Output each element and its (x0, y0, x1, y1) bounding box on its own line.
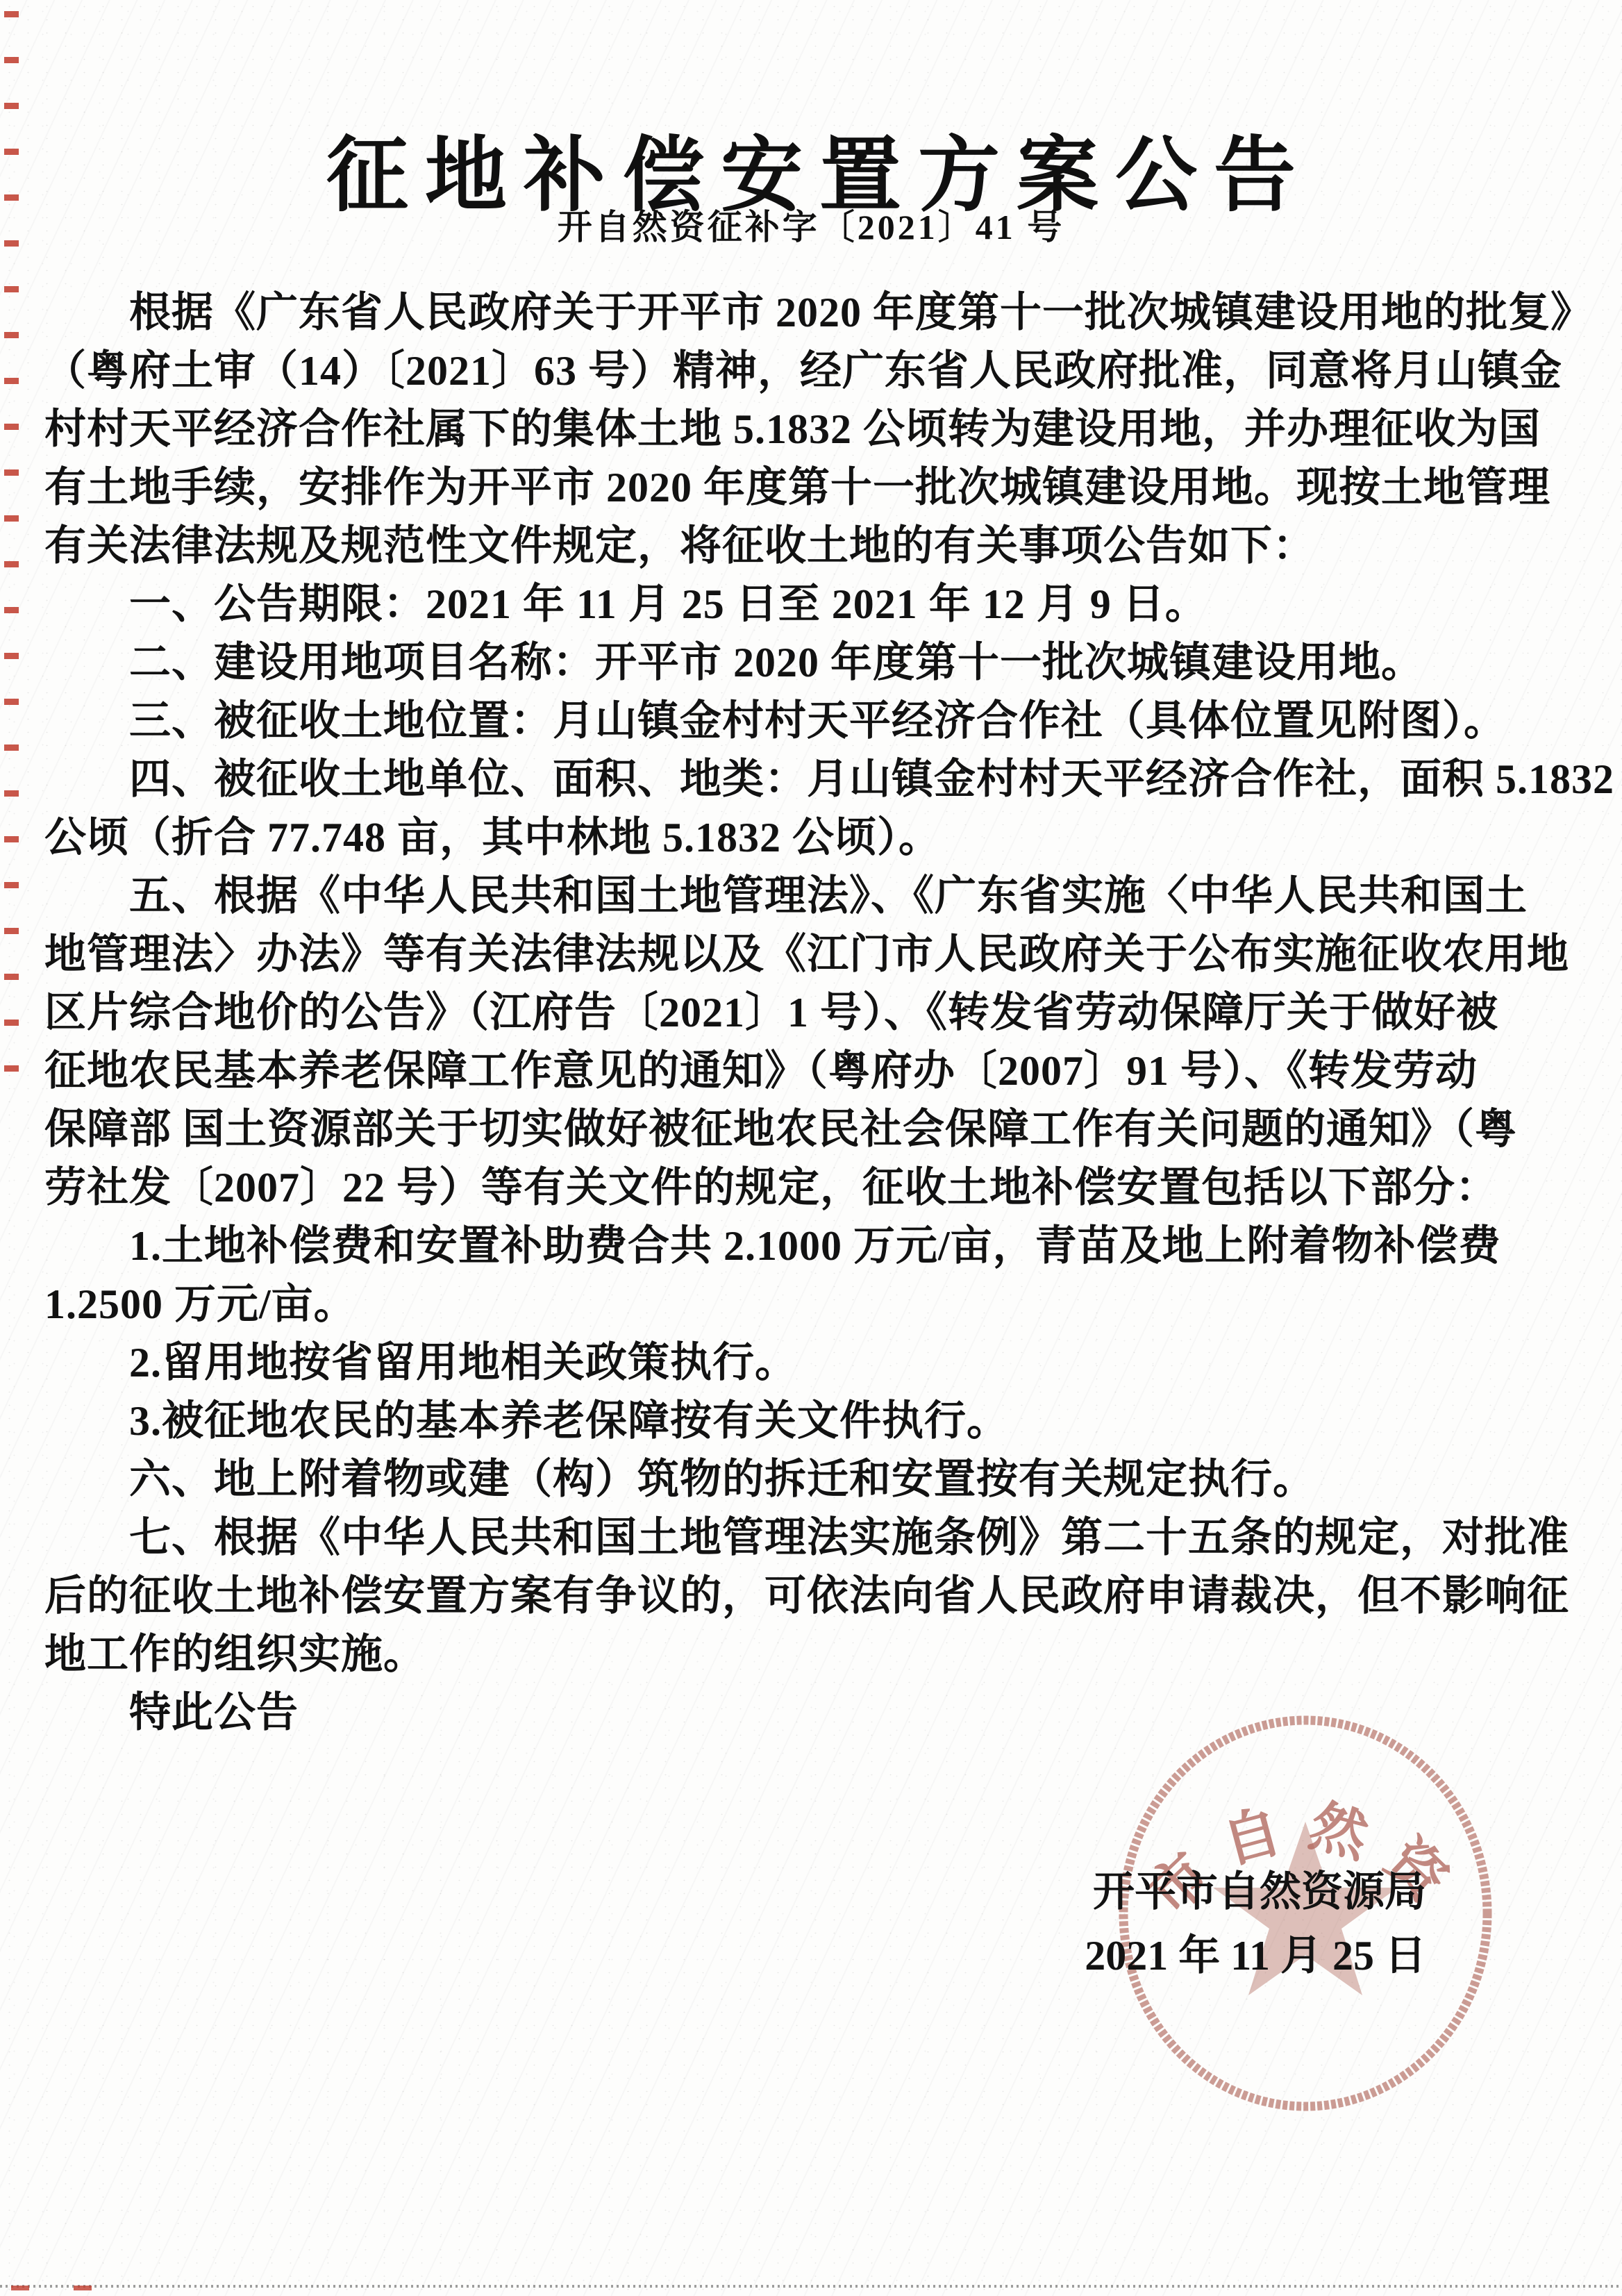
signature-date: 2021 年 11 月 25 日 (1085, 1931, 1426, 1981)
body-line: 三、被征收土地位置：月山镇金村村天平经济合作社（具体位置见附图）。 (44, 692, 1578, 750)
body-line: 七、根据《中华人民共和国土地管理法实施条例》第二十五条的规定，对批准 (44, 1508, 1578, 1567)
body-line: 区片综合地价的公告》（江府告〔2021〕1 号）、《转发省劳动保障厅关于做好被 (44, 983, 1578, 1042)
body-line: 五、根据《中华人民共和国土地管理法》、《广东省实施〈中华人民共和国土 (44, 867, 1578, 925)
body-line: 二、建设用地项目名称：开平市 2020 年度第十一批次城镇建设用地。 (44, 633, 1578, 692)
bottom-edge-dotted-line (0, 2285, 1622, 2288)
body-line: 村村天平经济合作社属下的集体土地 5.1832 公顷转为建设用地，并办理征收为国 (44, 400, 1578, 458)
bottom-edge-red-marks (11, 2286, 129, 2290)
body-line: 公顷（折合 77.748 亩，其中林地 5.1832 公顷）。 (44, 808, 1578, 867)
document-number: 开自然资征补字〔2021〕41 号 (0, 206, 1622, 249)
body-line: 保障部 国土资源部关于切实做好被征地农民社会保障工作有关问题的通知》（粤 (44, 1100, 1578, 1158)
signature-issuer: 开平市自然资源局 (1093, 1867, 1426, 1917)
body-line: 后的征收土地补偿安置方案有争议的，可依法向省人民政府申请裁决，但不影响征 (44, 1567, 1578, 1625)
body-line: 地管理法〉办法》等有关法律法规以及《江门市人民政府关于公布实施征收农用地 (44, 925, 1578, 983)
body-line: 根据《广东省人民政府关于开平市 2020 年度第十一批次城镇建设用地的批复》 (44, 283, 1578, 342)
body-line: 征地农民基本养老保障工作意见的通知》（粤府办〔2007〕91 号）、《转发劳动 (44, 1042, 1578, 1100)
body-line: 六、地上附着物或建（构）筑物的拆迁和安置按有关规定执行。 (44, 1450, 1578, 1508)
body-line: 有关法律法规及规范性文件规定，将征收土地的有关事项公告如下： (44, 517, 1578, 575)
scanned-announcement-page: 征地补偿安置方案公告 开自然资征补字〔2021〕41 号 根据《广东省人民政府关… (0, 0, 1622, 2296)
body-line: 2.留用地按省留用地相关政策执行。 (44, 1333, 1578, 1392)
body-line: 一、公告期限：2021 年 11 月 25 日至 2021 年 12 月 9 日… (44, 575, 1578, 633)
body-line: 劳社发〔2007〕22 号）等有关文件的规定，征收土地补偿安置包括以下部分： (44, 1158, 1578, 1217)
body-line: 3.被征地农民的基本养老保障按有关文件执行。 (44, 1392, 1578, 1450)
body-line: 地工作的组织实施。 (44, 1625, 1578, 1683)
body-line: 1.2500 万元/亩。 (44, 1275, 1578, 1333)
body-line: 有土地手续，安排作为开平市 2020 年度第十一批次城镇建设用地。现按土地管理 (44, 458, 1578, 517)
body-line: 四、被征收土地单位、面积、地类：月山镇金村村天平经济合作社，面积 5.1832 (44, 750, 1578, 808)
body-text: 根据《广东省人民政府关于开平市 2020 年度第十一批次城镇建设用地的批复》（粤… (44, 283, 1578, 1742)
body-line: （粤府土审（14）〔2021〕63 号）精神，经广东省人民政府批准，同意将月山镇… (44, 342, 1578, 400)
body-line: 1.土地补偿费和安置补助费合共 2.1000 万元/亩，青苗及地上附着物补偿费 (44, 1217, 1578, 1275)
